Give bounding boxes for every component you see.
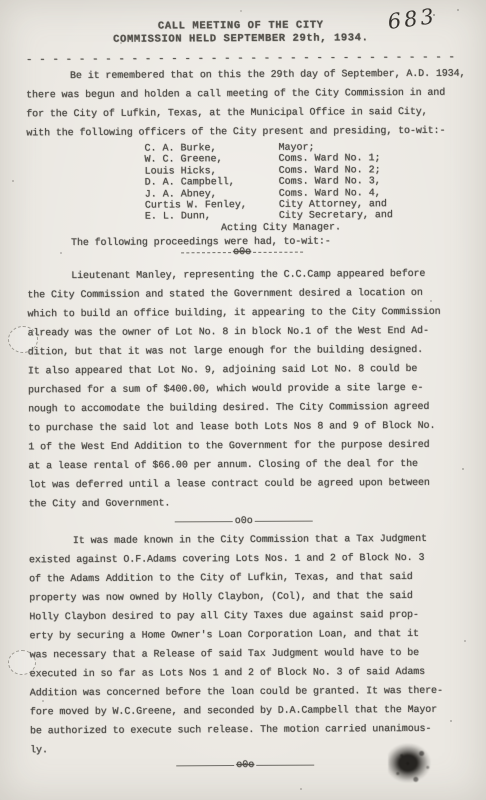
officer-name: E. L. Dunn,	[145, 211, 279, 223]
separator-text: o0o	[235, 516, 253, 527]
separator-ornament: o0o	[176, 760, 314, 772]
officer-name: C. A. Burke,	[144, 143, 278, 155]
officer-name: Louis Hicks,	[145, 166, 279, 178]
officer-title: City Secretary, and	[279, 211, 393, 223]
title-line-2: COMMISSION HELD SEPTEMBER 29th, 1934.	[0, 32, 484, 48]
intro-paragraph: Be it remembered that on this the 29th d…	[26, 65, 468, 144]
officer-title: Coms. Ward No. 1;	[278, 154, 380, 166]
separator-text: o0o	[236, 760, 254, 771]
officer-name: J. A. Abney,	[145, 188, 279, 200]
officer-name: Curtis W. Fenley,	[145, 200, 279, 212]
officer-name: D. A. Campbell,	[145, 177, 279, 189]
separator-text: o0o	[233, 247, 251, 258]
officer-title: Coms. Ward No. 2;	[279, 165, 381, 177]
officer-title: Coms. Ward No. 3,	[279, 176, 381, 188]
officer-title: Mayor;	[278, 143, 314, 155]
paragraph-tax-judgment: It was made known in the City Commission…	[29, 530, 472, 761]
document-title: CALL MEETING OF THE CITY COMMISSION HELD…	[0, 19, 484, 48]
officer-title: Coms. Ward No. 4,	[279, 188, 381, 200]
separator-ornament: o0o	[175, 516, 313, 528]
document-page: 683 CALL MEETING OF THE CITY COMMISSION …	[0, 0, 486, 800]
paragraph-ccc-camp: Lieutenant Manley, representing the C.C.…	[27, 265, 471, 515]
officer-roster: C. A. Burke, Mayor; W. C. Greene, Coms. …	[144, 142, 393, 235]
roster-row: E. L. Dunn, City Secretary, and	[145, 211, 393, 224]
officer-name: W. C. Greene,	[145, 154, 279, 166]
ink-blot	[388, 742, 432, 784]
separator-ornament: o0o	[181, 247, 303, 259]
